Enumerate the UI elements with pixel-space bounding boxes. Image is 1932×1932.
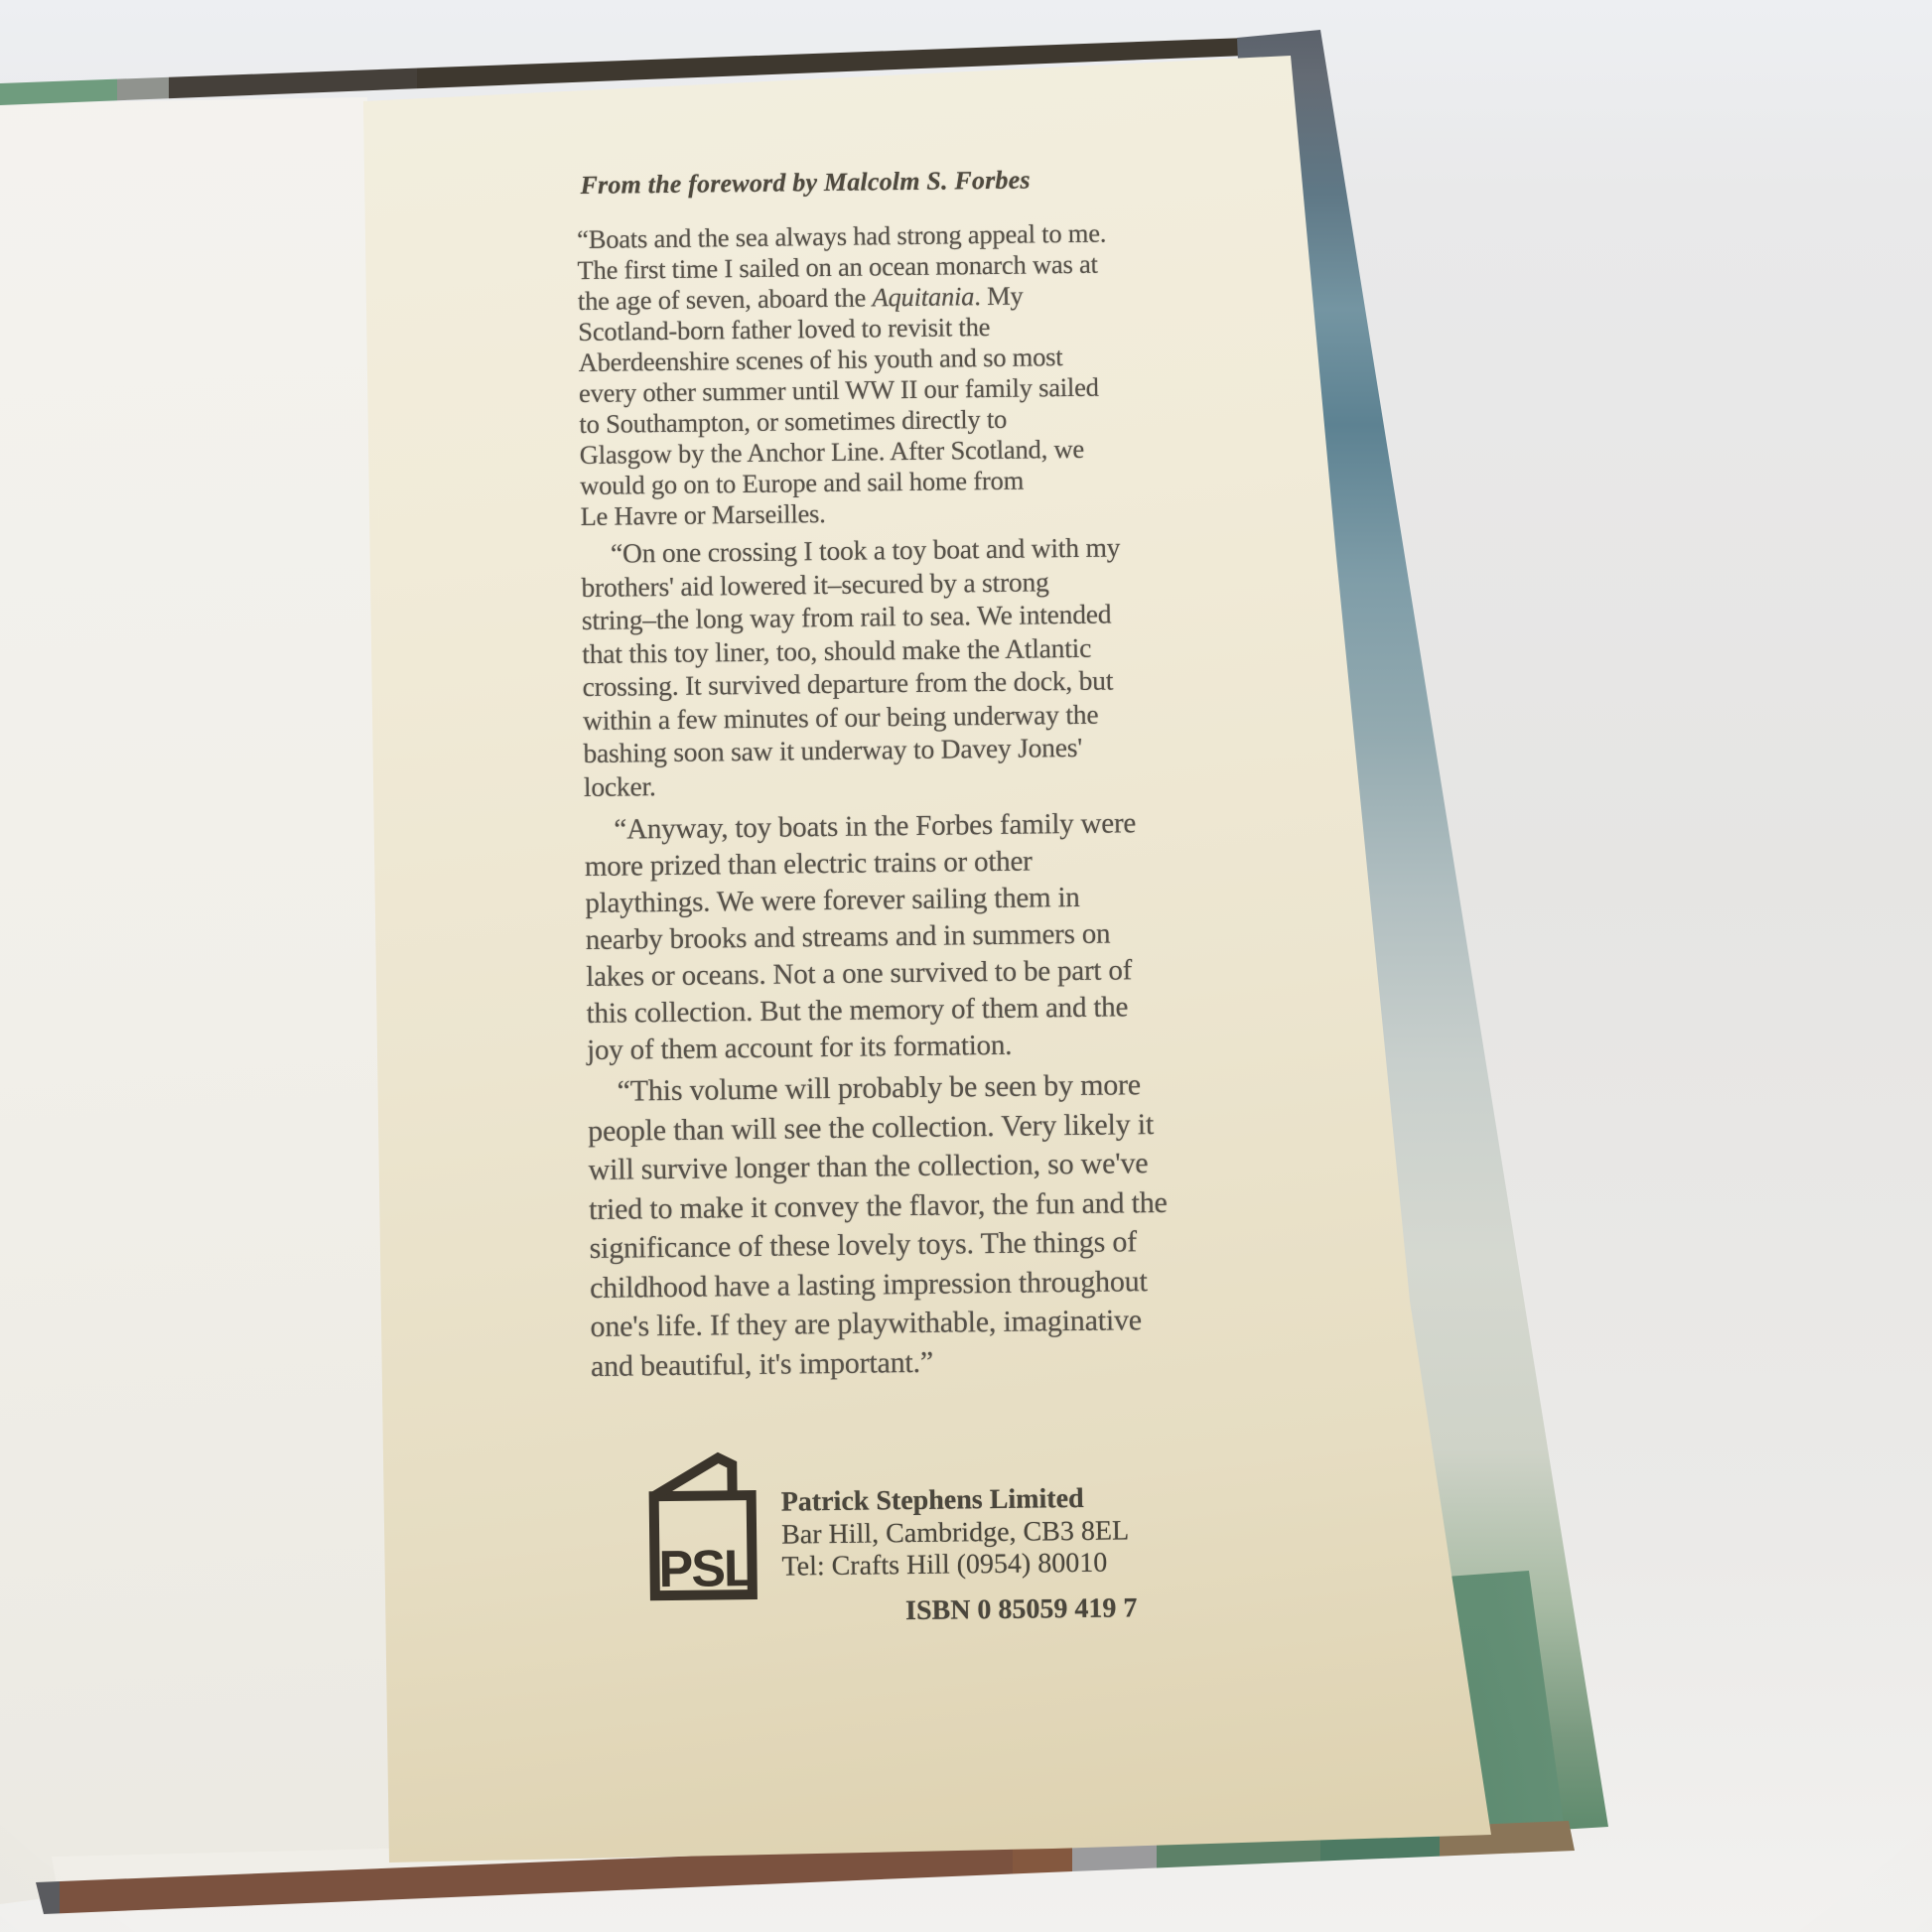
photo-backdrop: From the foreword by Malcolm S. Forbes “…: [0, 0, 1932, 1932]
flap-paragraph-4: “This volume will probably be seen by mo…: [587, 1065, 1169, 1386]
paragraph-1-text: “Boats and the sea always had strong app…: [577, 218, 1106, 317]
flap-paragraph-1: “Boats and the sea always had strong app…: [577, 218, 1110, 532]
flap-paragraph-2: “On one crossing I took a toy boat and w…: [581, 530, 1123, 803]
psl-logo-text: PSL: [658, 1540, 755, 1598]
flap-heading: From the foreword by Malcolm S. Forbes: [580, 165, 1031, 201]
ship-name-italic: Aquitania: [872, 281, 974, 312]
publisher-phone: Tel: Crafts Hill (0954) 80010: [781, 1548, 1107, 1584]
publisher-name: Patrick Stephens Limited: [781, 1483, 1084, 1519]
jacket-flap-text: From the foreword by Malcolm S. Forbes “…: [0, 0, 1932, 1932]
paragraph-1-text-continued: . My Scotland-born father loved to revis…: [578, 281, 1099, 531]
psl-logo-icon: PSL: [644, 1449, 761, 1604]
publisher-address: Bar Hill, Cambridge, CB3 8EL: [781, 1515, 1129, 1551]
flap-paragraph-3: “Anyway, toy boats in the Forbes family …: [584, 805, 1139, 1069]
isbn: ISBN 0 85059 419 7: [905, 1592, 1138, 1627]
